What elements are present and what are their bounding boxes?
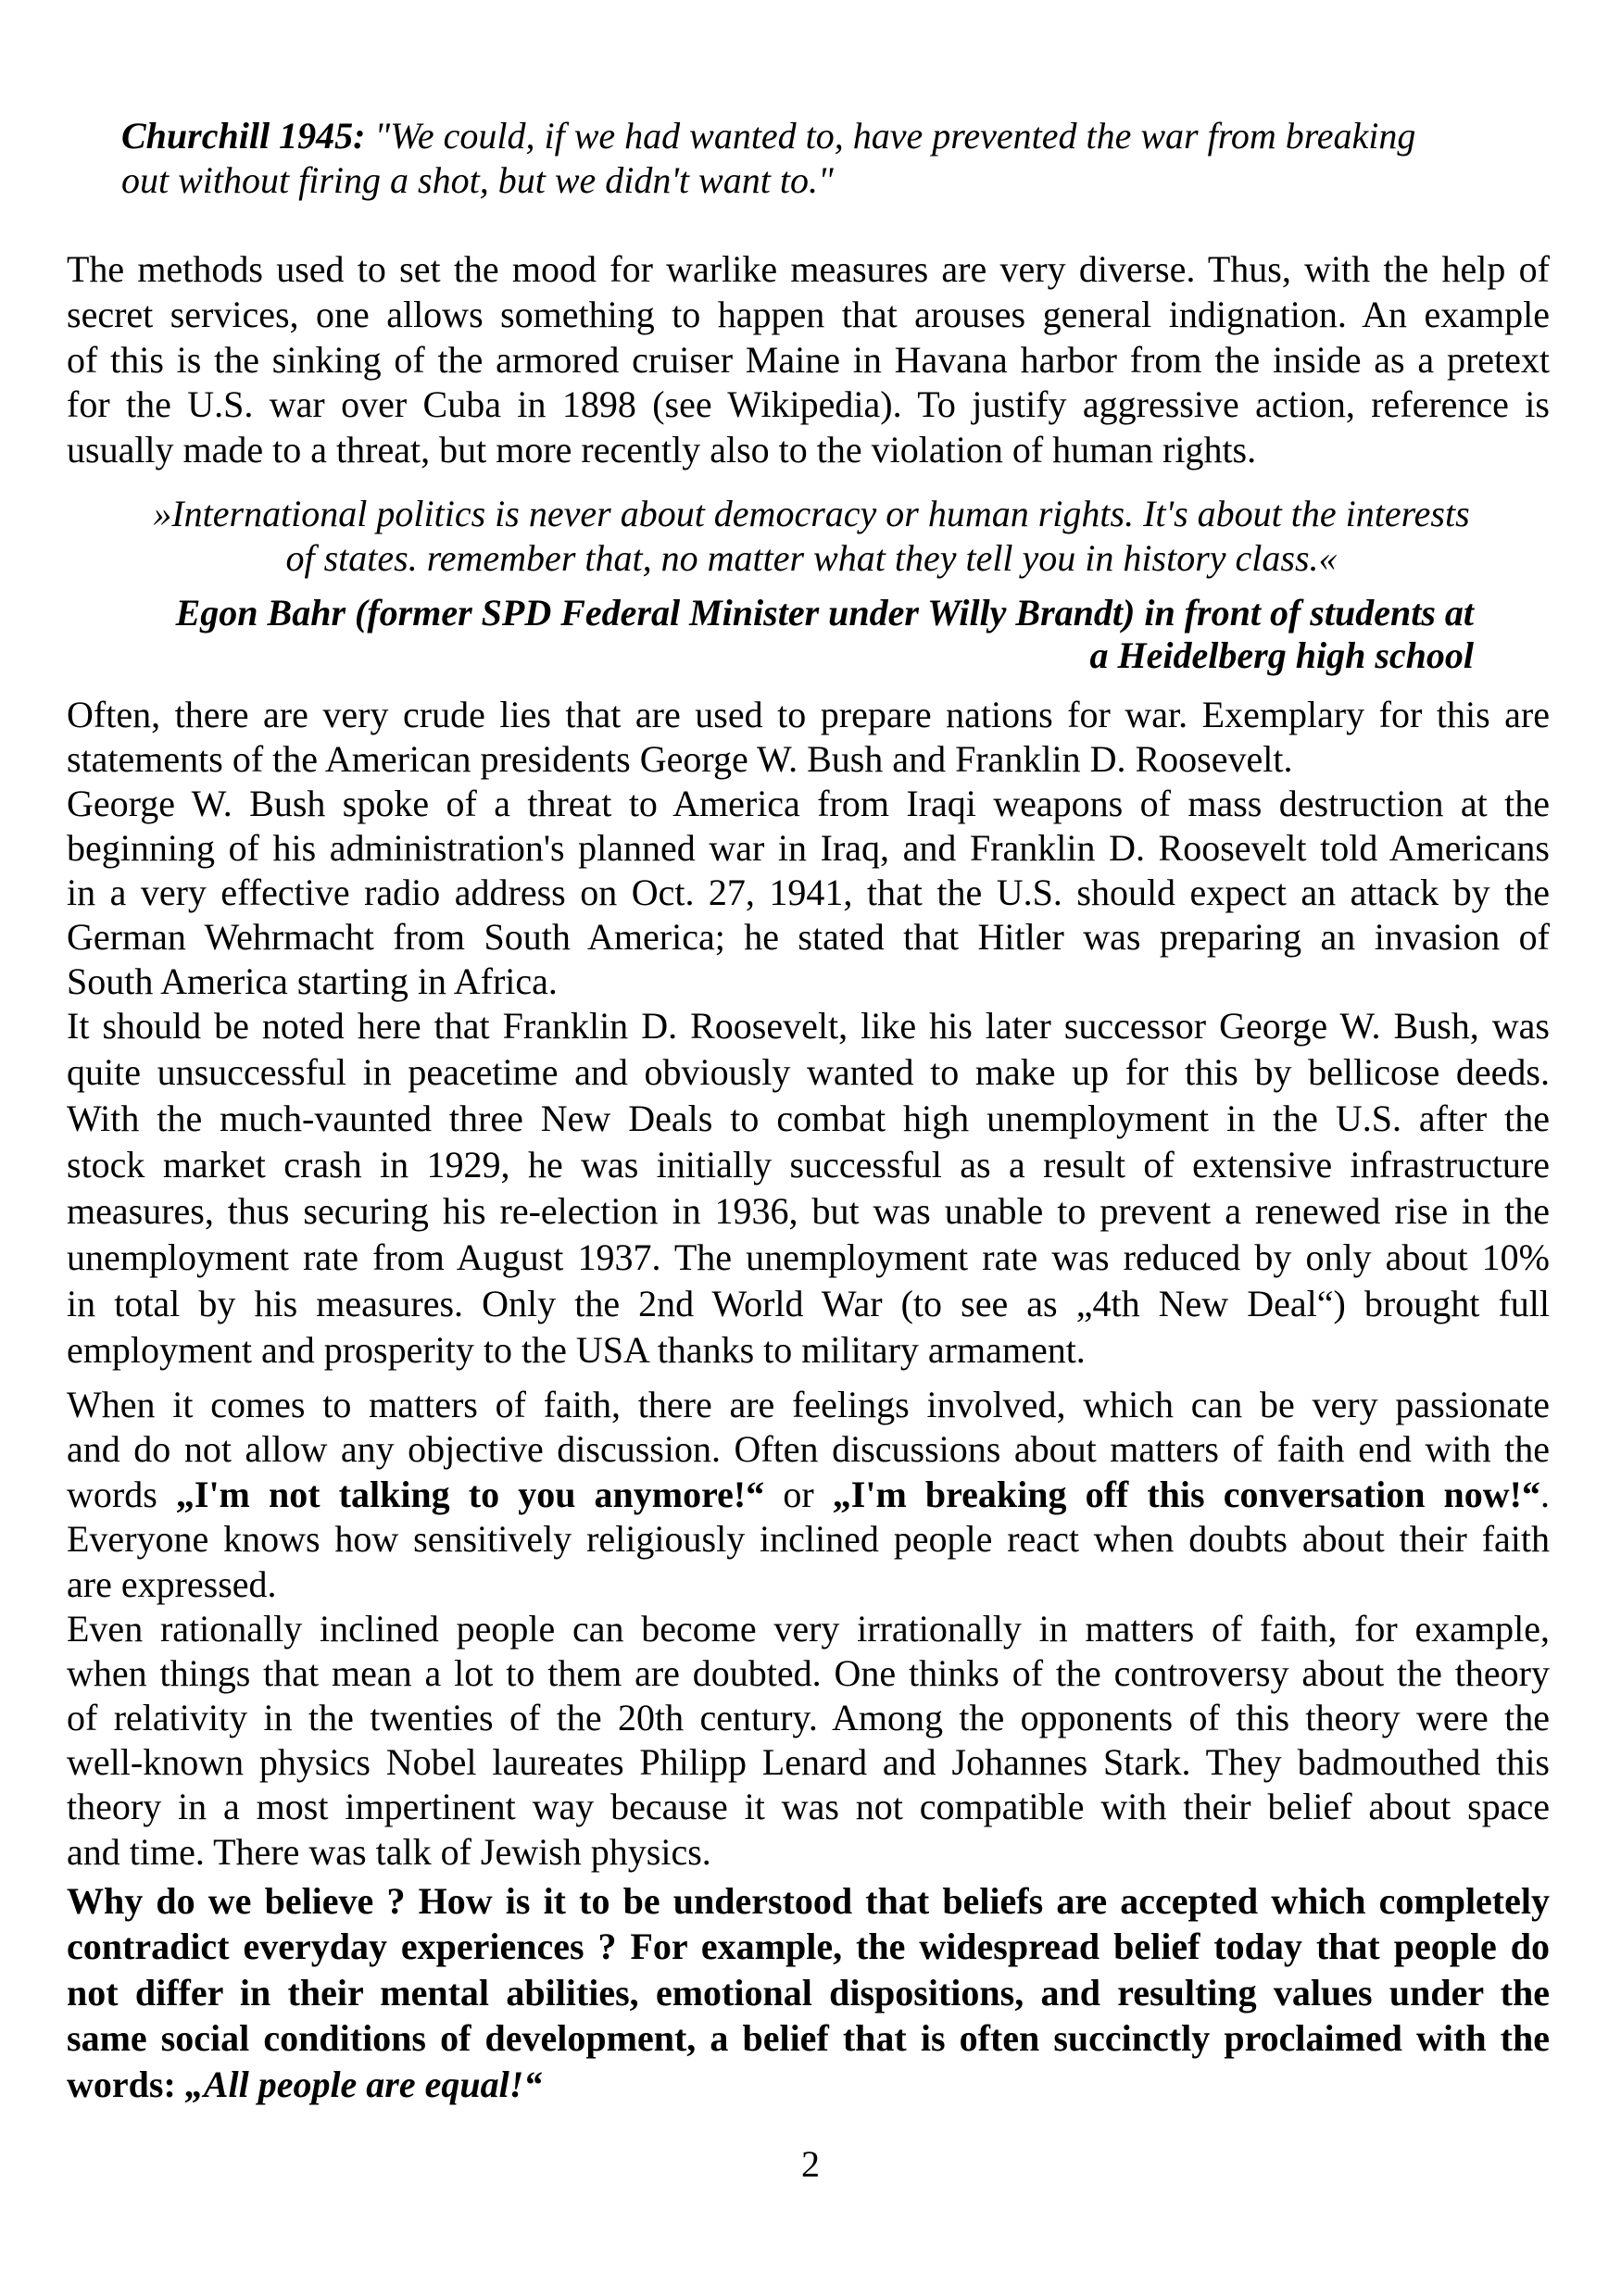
paragraph-1-line: of this is the sinking of the armored cr… [67, 342, 1550, 379]
paragraph-3-line: quite unsuccessful in peacetime and obvi… [67, 1054, 1550, 1091]
page-number: 2 [0, 2146, 1621, 2183]
paragraph-3-line: in total by his measures. Only the 2nd W… [67, 1286, 1550, 1323]
paragraph-4-line: Everyone knows how sensitively religious… [67, 1521, 1550, 1558]
paragraph-6-line: Why do we believe ? How is it to be unde… [67, 1883, 1550, 1920]
paragraph-5-line: theory in a most impertinent way because… [67, 1788, 1550, 1826]
paragraph-6-last-line: words: „All people are equal!“ [67, 2066, 1550, 2103]
paragraph-5-line: well-known physics Nobel laureates Phili… [67, 1744, 1550, 1781]
paragraph-2-line: George W. Bush spoke of a threat to Amer… [67, 785, 1550, 822]
paragraph-4-line: are expressed. [67, 1566, 1550, 1603]
paragraph-1-line: usually made to a threat, but more recen… [67, 432, 1550, 469]
paragraph-5-line: when things that mean a lot to them are … [67, 1655, 1550, 1692]
line-text: words [67, 1474, 176, 1515]
paragraph-2-line: Often, there are very crude lies that ar… [67, 696, 1550, 734]
bahr-quote-line-1: »International politics is never about d… [121, 496, 1502, 533]
paragraph-6-line: contradict everyday experiences ? For ex… [67, 1928, 1550, 1965]
paragraph-3-line: stock market crash in 1929, he was initi… [67, 1147, 1550, 1184]
paragraph-2-line: in a very effective radio address on Oct… [67, 874, 1550, 911]
italic-quote: „All people are equal!“ [185, 2064, 543, 2105]
churchill-quote-line-2: out without firing a shot, but we didn't… [121, 162, 1502, 199]
bahr-quote-line-2: of states. remember that, no matter what… [121, 540, 1502, 577]
paragraph-4-line: When it comes to matters of faith, there… [67, 1386, 1550, 1424]
churchill-quote-speaker: Churchill 1945: [121, 115, 365, 157]
line-text: words: [67, 2064, 185, 2105]
paragraph-1-line: secret services, one allows something to… [67, 296, 1550, 333]
paragraph-4-line-with-bold-quotes: words „I'm not talking to you anymore!“ … [67, 1476, 1550, 1513]
line-text: or [783, 1474, 832, 1515]
churchill-quote-line-1: Churchill 1945: "We could, if we had wan… [121, 118, 1502, 155]
bahr-attribution-line-1: Egon Bahr (former SPD Federal Minister u… [121, 595, 1474, 632]
line-text: . [1540, 1474, 1550, 1515]
paragraph-2-line: beginning of his administration's planne… [67, 830, 1550, 867]
document-page: Churchill 1945: "We could, if we had wan… [0, 0, 1621, 2296]
paragraph-6-line: not differ in their mental abilities, em… [67, 1975, 1550, 2012]
churchill-quote-text: "We could, if we had wanted to, have pre… [365, 115, 1415, 157]
paragraph-6-line: same social conditions of development, a… [67, 2020, 1550, 2057]
paragraph-5-line: of relativity in the twenties of the 20t… [67, 1700, 1550, 1737]
paragraph-2-line: statements of the American presidents Ge… [67, 741, 1550, 778]
bold-quote-1: „I'm not talking to you anymore!“ [176, 1474, 764, 1515]
bahr-attribution-line-2: a Heidelberg high school [121, 637, 1474, 674]
paragraph-5-line: Even rationally inclined people can beco… [67, 1611, 1550, 1648]
paragraph-5-line: and time. There was talk of Jewish physi… [67, 1834, 1550, 1871]
paragraph-3-line: unemployment rate from August 1937. The … [67, 1239, 1550, 1276]
paragraph-1-line: for the U.S. war over Cuba in 1898 (see … [67, 386, 1550, 423]
paragraph-1-line: The methods used to set the mood for war… [67, 251, 1550, 288]
paragraph-4-line: and do not allow any objective discussio… [67, 1431, 1550, 1468]
paragraph-2-line: South America starting in Africa. [67, 963, 1550, 1000]
paragraph-3-line: With the much-vaunted three New Deals to… [67, 1100, 1550, 1137]
paragraph-3-line: measures, thus securing his re-election … [67, 1193, 1550, 1230]
bold-quote-2: „I'm breaking off this conversation now!… [833, 1474, 1540, 1515]
paragraph-2-line: German Wehrmacht from South America; he … [67, 919, 1550, 956]
paragraph-3-line: It should be noted here that Franklin D.… [67, 1008, 1550, 1045]
paragraph-3-line: employment and prosperity to the USA tha… [67, 1332, 1550, 1369]
